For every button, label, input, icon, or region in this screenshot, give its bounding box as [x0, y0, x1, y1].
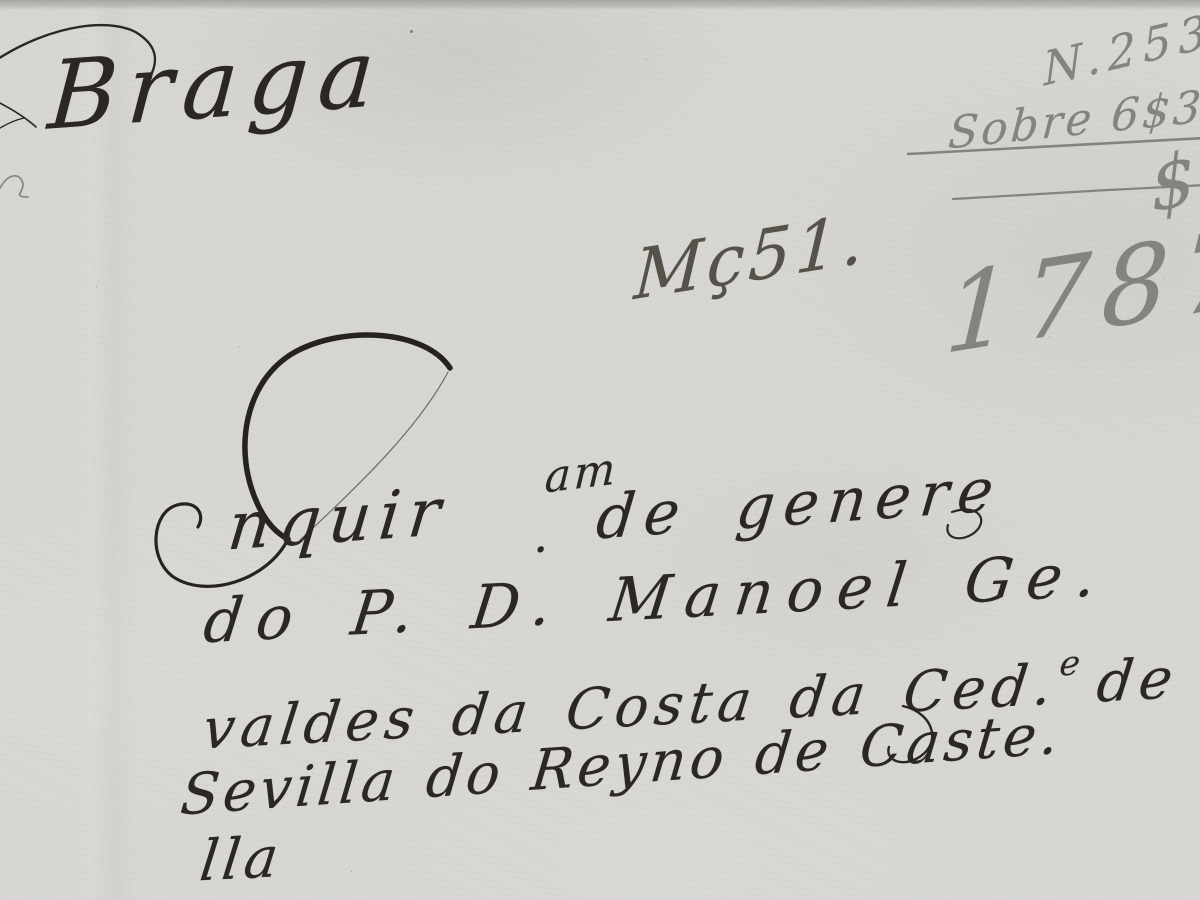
year-annotation: 1787: [942, 212, 1200, 370]
manuscript-page: Braga N.253 Sobre 6$3 $ Mç51. 1787 nquir…: [0, 0, 1200, 900]
body-word-inquir: nquir: [225, 479, 451, 561]
body-line2: do P. D. Manoel Ge.: [201, 545, 1114, 653]
place-label: Braga: [45, 27, 387, 145]
body-line3-superscript: e: [1057, 643, 1088, 685]
paper-specks: [410, 30, 413, 33]
struck-doodle: $: [1148, 140, 1198, 222]
body-line3-suffix: de: [1093, 646, 1182, 716]
body-line5: lla: [197, 830, 285, 891]
left-edge-fragment-stroke: [0, 100, 36, 127]
left-edge-fragment-stroke2: [0, 118, 24, 132]
abbreviation-period: .: [533, 512, 548, 560]
corner-reference: N.253: [1042, 7, 1200, 93]
margin-pencil-squiggle: [0, 176, 28, 197]
scan-top-edge: [0, 0, 1200, 10]
body-line1-rest: de genere: [594, 460, 1006, 549]
bundle-number: Mç51.: [632, 205, 869, 311]
